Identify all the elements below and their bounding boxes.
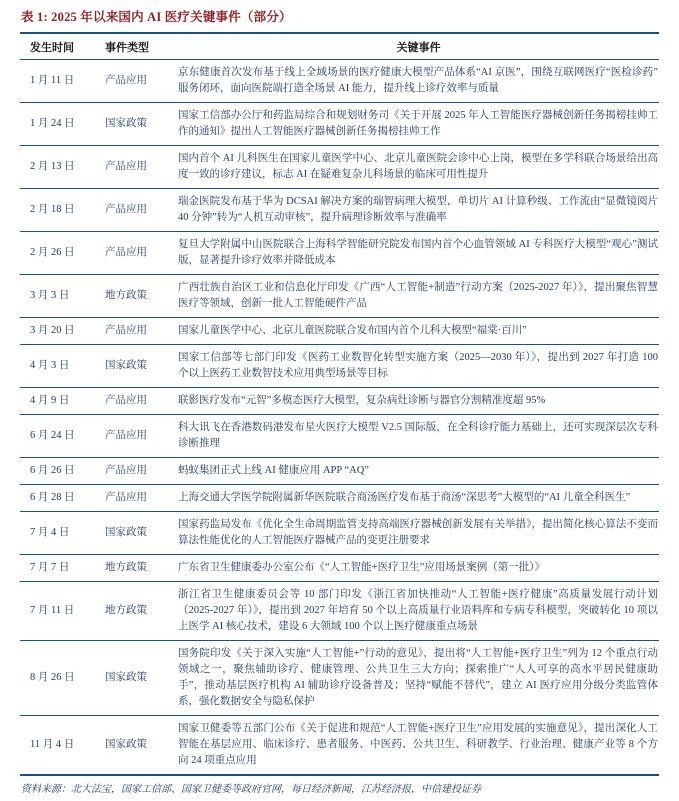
event-description: 国内首个 AI 儿科医生在国家儿童医学中心、北京儿童医院会诊中心上岗，模型在多学… [178,146,659,189]
event-description: 国家工信部等七部门印发《医药工业数智化转型实施方案（2025—2030 年）》，… [178,345,659,388]
table-row: 2 月 13 日 产品应用 国内首个 AI 儿科医生在国家儿童医学中心、北京儿童… [20,146,659,189]
event-type: 产品应用 [105,415,178,458]
table-row: 7 月 11 日 地方政策 浙江省卫生健康委员会等 10 部门印发《浙江省加快推… [20,582,659,641]
table-row: 3 月 3 日 地方政策 广西壮族自治区工业和信息化厅印发《广西“人工智能+制造… [20,275,659,318]
event-date: 3 月 3 日 [20,275,105,318]
table-row: 7 月 4 日 国家政策 国家药监局发布《优化全生命周期监管支持高端医疗器械创新… [20,512,659,555]
event-date: 3 月 20 日 [20,318,105,345]
table-body: 1 月 11 日 产品应用 京东健康首次发布基于线上全域场景的医疗健康大模型产品… [20,60,659,776]
event-type: 产品应用 [105,232,178,275]
event-description: 复旦大学附属中山医院联合上海科学智能研究院发布国内首个心血管领域 AI 专科医疗… [178,232,659,275]
header-type: 事件类型 [105,33,178,60]
table-title: 表 1: 2025 年以来国内 AI 医疗关键事件（部分） [20,7,659,25]
table-row: 3 月 20 日 产品应用 国家儿童医学中心、北京儿童医院联合发布国内首个儿科大… [20,318,659,345]
event-description: 蚂蚁集团正式上线 AI 健康应用 APP “AQ” [178,458,659,485]
event-date: 1 月 24 日 [20,103,105,146]
event-description: 科大讯飞在香港数码港发布星火医疗大模型 V2.5 国际版，在全科诊疗能力基础上，… [178,415,659,458]
event-description: 国务院印发《关于深入实施“人工智能+”行动的意见》，提出将“人工智能+医疗卫生”… [178,641,659,716]
event-type: 地方政策 [105,275,178,318]
event-date: 6 月 28 日 [20,485,105,512]
event-date: 4 月 3 日 [20,345,105,388]
event-description: 浙江省卫生健康委员会等 10 部门印发《浙江省加快推动“人工智能+医疗健康”高质… [178,582,659,641]
event-description: 联影医疗发布“元智”多模态医疗大模型，复杂病灶诊断与器官分割精准度超 95% [178,388,659,415]
event-type: 国家政策 [105,103,178,146]
event-description: 广西壮族自治区工业和信息化厅印发《广西“人工智能+制造”行动方案（2025-20… [178,275,659,318]
event-type: 产品应用 [105,388,178,415]
event-description: 上海交通大学医学院附属新华医院联合商汤医疗发布基于商汤“深思考”大模型的“AI … [178,485,659,512]
event-date: 7 月 7 日 [20,555,105,582]
table-row: 6 月 26 日 产品应用 蚂蚁集团正式上线 AI 健康应用 APP “AQ” [20,458,659,485]
table-row: 2 月 26 日 产品应用 复旦大学附属中山医院联合上海科学智能研究院发布国内首… [20,232,659,275]
event-date: 2 月 26 日 [20,232,105,275]
event-date: 11 月 4 日 [20,716,105,776]
event-type: 国家政策 [105,641,178,716]
event-description: 瑞金医院发布基于华为 DCSAI 解决方案的瑞智病理大模型，单切片 AI 计算秒… [178,189,659,232]
header-date: 发生时间 [20,33,105,60]
event-description: 国家工信部办公厅和药监局综合和规划财务司《关于开展 2025 年人工智能医疗器械… [178,103,659,146]
events-table: 发生时间 事件类型 关键事件 1 月 11 日 产品应用 京东健康首次发布基于线… [20,32,659,776]
event-type: 产品应用 [105,485,178,512]
table-header: 发生时间 事件类型 关键事件 [20,33,659,60]
event-date: 8 月 26 日 [20,641,105,716]
event-type: 国家政策 [105,512,178,555]
table-row: 8 月 26 日 国家政策 国务院印发《关于深入实施“人工智能+”行动的意见》，… [20,641,659,716]
event-type: 产品应用 [105,318,178,345]
event-type: 国家政策 [105,345,178,388]
event-date: 2 月 18 日 [20,189,105,232]
table-row: 6 月 24 日 产品应用 科大讯飞在香港数码港发布星火医疗大模型 V2.5 国… [20,415,659,458]
event-type: 产品应用 [105,146,178,189]
event-date: 7 月 11 日 [20,582,105,641]
event-type: 产品应用 [105,458,178,485]
event-type: 产品应用 [105,60,178,103]
table-row: 4 月 3 日 国家政策 国家工信部等七部门印发《医药工业数智化转型实施方案（2… [20,345,659,388]
event-type: 国家政策 [105,716,178,776]
event-date: 2 月 13 日 [20,146,105,189]
event-date: 6 月 26 日 [20,458,105,485]
event-type: 地方政策 [105,555,178,582]
event-date: 1 月 11 日 [20,60,105,103]
header-row: 发生时间 事件类型 关键事件 [20,33,659,60]
source-note: 资料来源：北大法宝，国家工信部、国家卫健委等政府官网，每日经济新闻，江苏经济报，… [20,776,659,795]
event-description: 国家卫健委等五部门公布《关于促进和规范“人工智能+医疗卫生”应用发展的实施意见》… [178,716,659,776]
header-event: 关键事件 [178,33,659,60]
event-description: 国家儿童医学中心、北京儿童医院联合发布国内首个儿科大模型“福棠·百川” [178,318,659,345]
event-description: 广东省卫生健康委办公室公布《“人工智能+医疗卫生”应用场景案例（第一批）》 [178,555,659,582]
event-description: 国家药监局发布《优化全生命周期监管支持高端医疗器械创新发展有关举措》，提出简化核… [178,512,659,555]
event-description: 京东健康首次发布基于线上全域场景的医疗健康大模型产品体系“AI 京医”，围绕互联… [178,60,659,103]
table-row: 11 月 4 日 国家政策 国家卫健委等五部门公布《关于促进和规范“人工智能+医… [20,716,659,776]
event-type: 产品应用 [105,189,178,232]
report-table-section: 表 1: 2025 年以来国内 AI 医疗关键事件（部分） 发生时间 事件类型 … [0,0,679,795]
table-row: 7 月 7 日 地方政策 广东省卫生健康委办公室公布《“人工智能+医疗卫生”应用… [20,555,659,582]
table-row: 6 月 28 日 产品应用 上海交通大学医学院附属新华医院联合商汤医疗发布基于商… [20,485,659,512]
table-row: 2 月 18 日 产品应用 瑞金医院发布基于华为 DCSAI 解决方案的瑞智病理… [20,189,659,232]
table-row: 1 月 24 日 国家政策 国家工信部办公厅和药监局综合和规划财务司《关于开展 … [20,103,659,146]
table-row: 1 月 11 日 产品应用 京东健康首次发布基于线上全域场景的医疗健康大模型产品… [20,60,659,103]
table-row: 4 月 9 日 产品应用 联影医疗发布“元智”多模态医疗大模型，复杂病灶诊断与器… [20,388,659,415]
event-date: 7 月 4 日 [20,512,105,555]
event-date: 4 月 9 日 [20,388,105,415]
event-date: 6 月 24 日 [20,415,105,458]
event-type: 地方政策 [105,582,178,641]
